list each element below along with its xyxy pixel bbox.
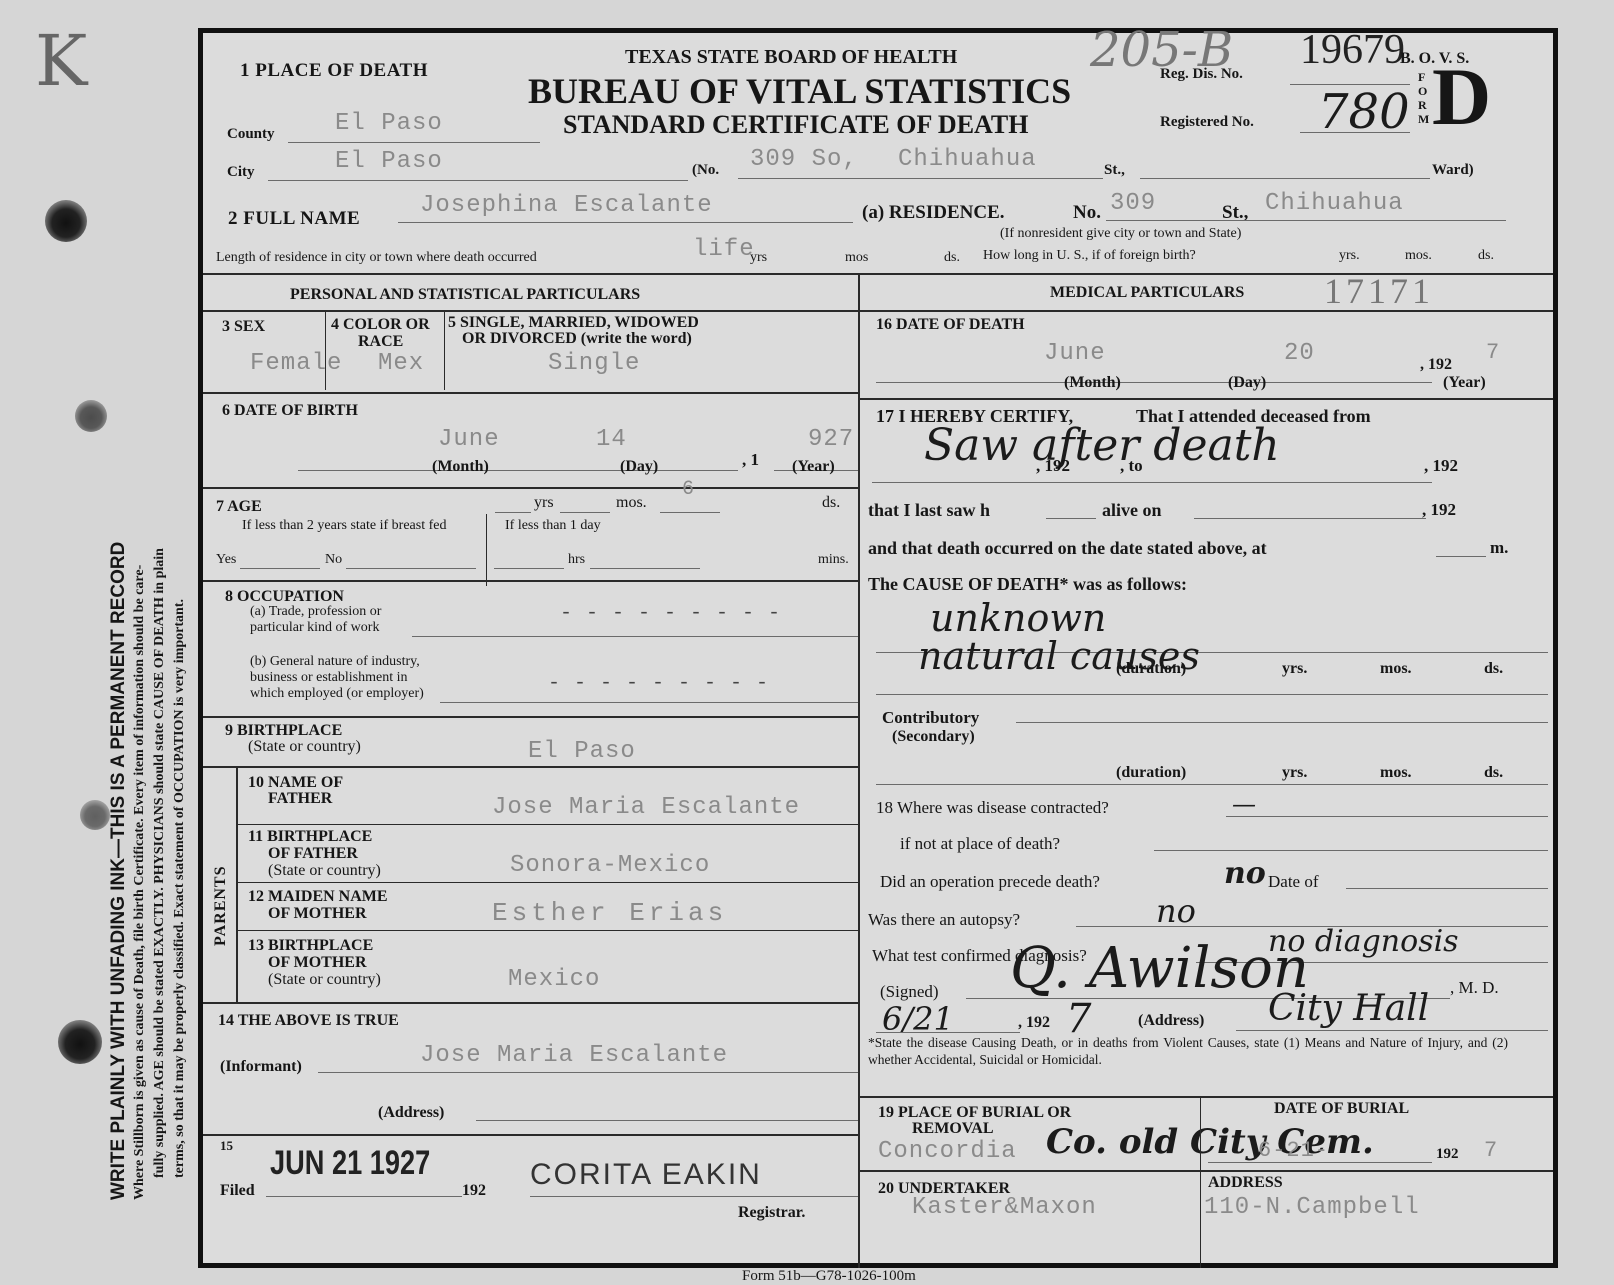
contributory-sub: (Secondary) <box>892 728 975 746</box>
registrar-stamp: CORITA EAKIN <box>530 1158 762 1192</box>
burial-year: 7 <box>1484 1138 1498 1163</box>
parents-side-label: PARENTS <box>212 866 230 947</box>
dod-year-prefix: , 192 <box>1420 356 1452 374</box>
dob-year-prefix: , 1 <box>742 450 759 470</box>
burial-year-prefix: 192 <box>1436 1146 1459 1163</box>
mother-label-2: OF MOTHER <box>268 905 367 923</box>
not-at-place-q: if not at place of death? <box>900 834 1060 854</box>
cause-line-2-rule <box>876 694 1548 695</box>
breast-fed-yes: Yes <box>216 552 236 568</box>
divider-informant <box>203 1002 858 1004</box>
length-mos: mos <box>845 250 868 266</box>
occupation-b-line <box>440 702 858 703</box>
divider-medical <box>860 310 1553 312</box>
informant-line <box>318 1072 858 1073</box>
less-day-note: If less than 1 day <box>505 518 601 534</box>
dob-label: 6 DATE OF BIRTH <box>222 402 358 420</box>
county-value: El Paso <box>335 110 443 137</box>
corner-mark: K <box>35 20 87 102</box>
marital-value: Single <box>548 350 640 377</box>
disease-contracted-value: — <box>1232 790 1256 818</box>
contributory-line-2 <box>876 784 1548 785</box>
dod-day-caption: (Day) <box>1228 374 1266 392</box>
father-bp-value: Sonora-Mexico <box>510 852 710 879</box>
last-saw-year: , 192 <box>1422 500 1456 520</box>
length-label: Length of residence in city or town wher… <box>216 250 537 266</box>
registrar-line <box>530 1196 858 1197</box>
sex-label: 3 SEX <box>222 318 265 336</box>
street-no-label: (No. <box>692 162 719 179</box>
informant-address-label: (Address) <box>378 1104 444 1122</box>
burial-date-divider <box>1200 1098 1201 1268</box>
age-mos-label: mos. <box>616 494 647 512</box>
physician-address-label: (Address) <box>1138 1012 1204 1030</box>
contrib-yrs: yrs. <box>1282 764 1307 782</box>
attended-handwritten: Saw after death <box>924 420 1280 471</box>
father-bp-label-3: (State or country) <box>268 862 381 880</box>
contrib-mos: mos. <box>1380 764 1412 782</box>
divider-age <box>203 487 858 489</box>
stamped-no: 19679 <box>1300 26 1405 74</box>
bureau-title: BUREAU OF VITAL STATISTICS <box>528 70 1071 112</box>
informant-value: Jose Maria Escalante <box>420 1042 728 1069</box>
occupation-b-2: business or establishment in <box>250 670 408 686</box>
registrar-label: Registrar. <box>738 1204 805 1222</box>
dod-month-caption: (Month) <box>1064 374 1121 392</box>
divider-occupation <box>203 580 858 582</box>
residence-line <box>1106 220 1506 221</box>
divider-father-bp <box>236 824 858 825</box>
filed-line <box>266 1196 462 1197</box>
street-line <box>738 178 1103 179</box>
length-value: life <box>693 236 755 263</box>
dob-month: June <box>438 426 500 453</box>
informant-address-line <box>476 1120 858 1121</box>
reg-dis-label: Reg. Dis. No. <box>1160 66 1243 83</box>
sex-value: Female <box>250 350 342 377</box>
md-label: , M. D. <box>1450 978 1499 998</box>
burial-place-label-2: REMOVAL <box>912 1120 994 1138</box>
punch-hole-mid <box>75 400 107 432</box>
dod-line <box>876 382 1432 383</box>
nonresident-note: (If nonresident give city or town and St… <box>1000 226 1241 242</box>
form-letter-r: R <box>1418 98 1427 113</box>
father-bp-label-2: OF FATHER <box>268 845 358 863</box>
registered-no: 780 <box>1318 84 1410 140</box>
attended-to: , to <box>1120 456 1143 476</box>
alive-on-line <box>1194 518 1426 519</box>
occupation-b-value: - - - - - - - - - <box>548 672 769 695</box>
occupation-a-1: (a) Trade, profession or <box>250 604 381 620</box>
full-name-value: Josephina Escalante <box>420 192 713 219</box>
age-ds-label: ds. <box>822 494 840 512</box>
dod-year: 7 <box>1486 340 1500 365</box>
divider-dob <box>203 392 858 394</box>
alive-on-label: alive on <box>1102 500 1162 521</box>
divider-mother-bp <box>236 930 858 931</box>
foreign-yrs: yrs. <box>1339 248 1360 264</box>
race-marital-divider <box>444 312 445 390</box>
dod-day: 20 <box>1284 340 1315 367</box>
breast-fed-note: If less than 2 years state if breast fed <box>242 518 446 534</box>
attended-year-b: , 192 <box>1424 456 1458 476</box>
mins-label: mins. <box>818 552 849 568</box>
occupation-a-line <box>412 636 858 637</box>
disease-contracted-line <box>1226 816 1548 817</box>
foreign-ds: ds. <box>1478 248 1494 264</box>
form-letter-m: M <box>1418 112 1429 127</box>
age-label: 7 AGE <box>216 498 262 516</box>
burial-date-value: 6-21- <box>1258 1138 1329 1163</box>
filed-stamp-date: JUN 21 1927 <box>270 1144 430 1183</box>
race-label-1: 4 COLOR OR <box>331 316 430 334</box>
undertaker-address-value: 110-N.Campbell <box>1204 1194 1420 1221</box>
city-value: El Paso <box>335 148 443 175</box>
informant-label: (Informant) <box>220 1058 302 1076</box>
filed-label: Filed <box>220 1182 255 1200</box>
county-line <box>288 142 540 143</box>
race-label-2: RACE <box>358 333 403 351</box>
full-name-label: 2 FULL NAME <box>228 208 360 230</box>
father-value: Jose Maria Escalante <box>492 794 800 821</box>
divider-undertaker <box>860 1170 1553 1172</box>
margin-note-1: Where Stillborn is given as cause of Dea… <box>132 565 148 1200</box>
operation-q: Did an operation precede death? <box>880 872 1100 892</box>
last-saw-line <box>1046 518 1096 519</box>
form-code: Form 51b—G78-1026-100m <box>742 1268 916 1285</box>
no-line <box>346 568 476 569</box>
father-bp-label-1: 11 BIRTHPLACE <box>248 828 372 846</box>
medical-section-title: MEDICAL PARTICULARS <box>1050 284 1244 302</box>
divider-personal <box>203 310 858 312</box>
divider-birthplace <box>203 716 858 718</box>
dob-year-caption: (Year) <box>792 458 835 476</box>
form-letter-f: F <box>1418 70 1425 85</box>
undertaker-address-label: ADDRESS <box>1208 1174 1283 1192</box>
breast-fed-no: No <box>325 552 342 568</box>
sex-race-divider <box>325 312 326 390</box>
punch-hole-bottom <box>58 1020 102 1064</box>
punch-hole-top <box>45 200 87 242</box>
dob-line <box>298 470 738 471</box>
foreign-label: How long in U. S., if of foreign birth? <box>983 248 1196 264</box>
hrs-label: hrs <box>568 552 585 568</box>
parents-side-divider <box>236 766 238 1002</box>
agency-title: TEXAS STATE BOARD OF HEALTH <box>625 46 957 69</box>
registered-label: Registered No. <box>1160 114 1254 131</box>
medical-stamp-no: 17171 <box>1324 270 1434 312</box>
burial-place-typed: Concordia <box>878 1138 1017 1165</box>
filed-year-prefix: 192 <box>462 1182 486 1200</box>
divider-filed <box>203 1134 858 1136</box>
punch-hole-lower <box>80 800 110 830</box>
age-ds-line <box>660 512 720 513</box>
foreign-mos: mos. <box>1405 248 1432 264</box>
street-no-value: 309 So, <box>750 146 858 173</box>
signed-label: (Signed) <box>880 982 939 1002</box>
signed-year-prefix: , 192 <box>1018 1014 1050 1032</box>
city-line <box>268 180 688 181</box>
form-d: D <box>1432 56 1491 138</box>
age-ds-value: 6 <box>682 478 695 501</box>
informant-section-label: 14 THE ABOVE IS TRUE <box>218 1012 399 1030</box>
date-of-label: Date of <box>1268 872 1319 892</box>
dod-month: June <box>1044 340 1106 367</box>
dob-month-caption: (Month) <box>432 458 489 476</box>
dod-label: 16 DATE OF DEATH <box>876 316 1025 334</box>
occupation-b-1: (b) General nature of industry, <box>250 654 420 670</box>
disease-contracted-q: 18 Where was disease contracted? <box>876 798 1109 818</box>
cause-label: The CAUSE OF DEATH* was as follows: <box>868 574 1187 595</box>
age-yrs-line <box>495 512 531 513</box>
residence-street-value: Chihuahua <box>1265 190 1404 217</box>
st-label: St., <box>1104 162 1125 179</box>
mother-value: Esther Erias <box>492 898 727 928</box>
age-divider <box>486 514 487 586</box>
occurred-label: and that death occurred on the date stat… <box>868 538 1267 559</box>
age-mos-line <box>560 512 610 513</box>
operation-value: no <box>1224 856 1266 891</box>
street-value: Chihuahua <box>898 146 1037 173</box>
hrs-line <box>494 568 564 569</box>
physician-address: City Hall <box>1268 988 1429 1029</box>
full-name-line <box>398 222 853 223</box>
margin-note-3: terms, so that it may be properly classi… <box>172 599 188 1178</box>
residence-no-label: No. <box>1073 202 1101 224</box>
personal-section-title: PERSONAL AND STATISTICAL PARTICULARS <box>290 286 640 304</box>
length-yrs: yrs <box>750 250 767 266</box>
contrib-duration: (duration) <box>1116 764 1186 782</box>
birthplace-value: El Paso <box>528 738 636 765</box>
dod-year-caption: (Year) <box>1443 374 1486 392</box>
burial-date-label: DATE OF BURIAL <box>1274 1100 1409 1118</box>
dob-day: 14 <box>596 426 627 453</box>
marital-label-2: OR DIVORCED (write the word) <box>462 330 692 348</box>
race-value: Mex <box>378 350 424 377</box>
attended-line <box>872 482 1432 483</box>
cause-mos: mos. <box>1380 660 1412 678</box>
cause-ds: ds. <box>1484 660 1503 678</box>
occurred-m: m. <box>1490 538 1508 558</box>
mother-bp-label-3: (State or country) <box>268 971 381 989</box>
residence-no-value: 309 <box>1110 190 1156 217</box>
place-of-death-label: 1 PLACE OF DEATH <box>240 60 428 82</box>
physician-address-line <box>1236 1030 1548 1031</box>
filed-num: 15 <box>220 1138 233 1154</box>
ward-label: Ward) <box>1432 162 1474 179</box>
yes-line <box>240 568 320 569</box>
occurred-line <box>1436 556 1486 557</box>
contrib-ds: ds. <box>1484 764 1503 782</box>
signed-date-line <box>876 1032 1020 1033</box>
not-at-place-line <box>1154 850 1548 851</box>
dob-day-caption: (Day) <box>620 458 658 476</box>
divider-burial <box>860 1096 1553 1098</box>
autopsy-value: no <box>1156 892 1196 930</box>
date-of-line <box>1346 888 1548 889</box>
undertaker-value: Kaster&Maxon <box>912 1194 1097 1221</box>
county-label: County <box>227 126 275 143</box>
occupation-a-value: - - - - - - - - - <box>560 602 781 625</box>
birthplace-sub: (State or country) <box>248 738 361 756</box>
divider-mother <box>236 882 858 883</box>
divider-certify <box>860 398 1553 400</box>
dob-year: 927 <box>808 426 854 453</box>
last-saw-label: that I last saw h <box>868 500 990 521</box>
city-label: City <box>227 164 255 181</box>
autopsy-q: Was there an autopsy? <box>868 910 1020 930</box>
mother-label-1: 12 MAIDEN NAME <box>248 888 388 906</box>
mother-bp-label-2: OF MOTHER <box>268 954 367 972</box>
mother-bp-value: Mexico <box>508 966 600 993</box>
mins-line <box>590 568 700 569</box>
physician-signature: Q. Awilson <box>1010 936 1309 1001</box>
margin-title: WRITE PLAINLY WITH UNFADING INK—THIS IS … <box>108 542 130 1200</box>
father-label-2: FATHER <box>268 790 332 808</box>
length-ds: ds. <box>944 250 960 266</box>
certificate-title: STANDARD CERTIFICATE OF DEATH <box>563 110 1028 140</box>
divider-parents <box>203 766 858 768</box>
age-yrs-label: yrs <box>534 494 554 512</box>
residence-label: (a) RESIDENCE. <box>862 202 1005 224</box>
ward-line <box>1140 178 1430 179</box>
mother-bp-label-1: 13 BIRTHPLACE <box>248 937 373 955</box>
cause-duration: (duration) <box>1116 660 1186 678</box>
cause-footnote: *State the disease Causing Death, or in … <box>868 1034 1508 1068</box>
cause-yrs: yrs. <box>1282 660 1307 678</box>
contributory-label: Contributory <box>882 708 979 728</box>
form-letter-o: O <box>1418 84 1427 99</box>
center-divider <box>858 275 860 1268</box>
occupation-b-3: which employed (or employer) <box>250 686 424 702</box>
margin-note-2: fully supplied. AGE should be stated EXA… <box>152 548 168 1178</box>
attended-year-a: , 192 <box>1036 456 1070 476</box>
occupation-a-2: particular kind of work <box>250 620 379 636</box>
contributory-line <box>1016 722 1548 723</box>
